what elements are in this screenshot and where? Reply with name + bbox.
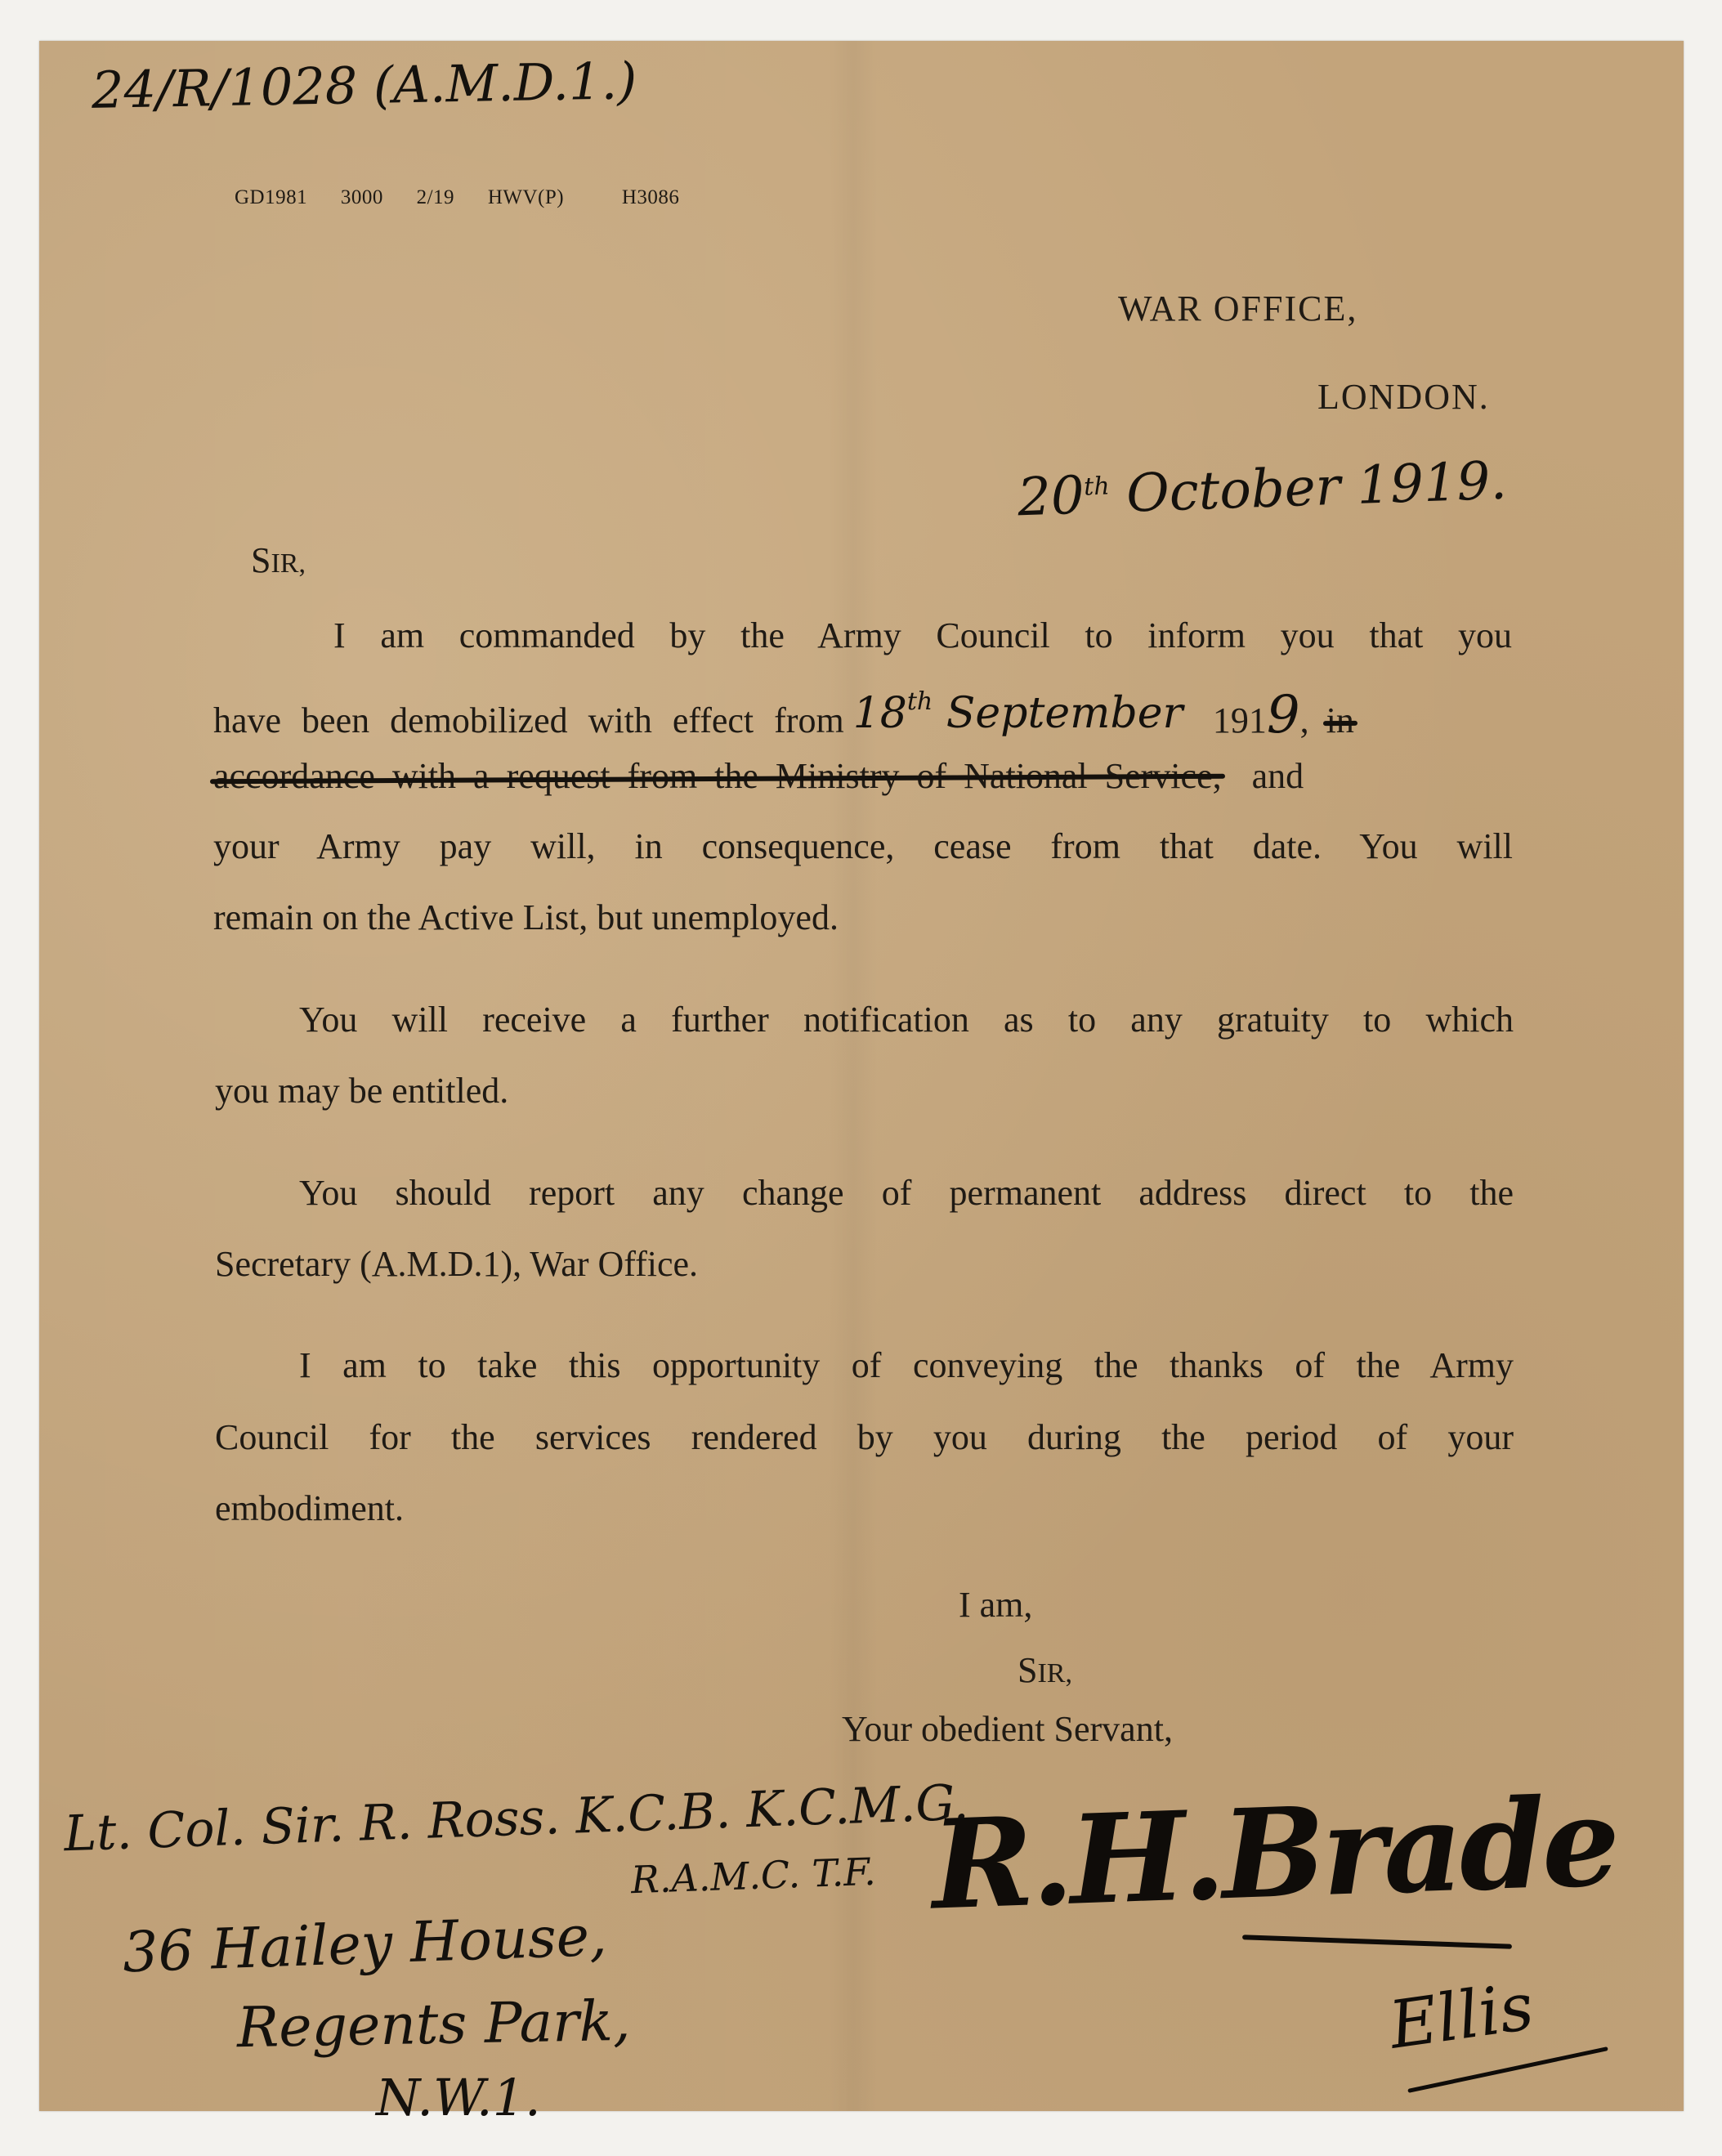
- ref-code: HWV(P): [488, 186, 564, 208]
- paragraph-1-line-5: remain on the Active List, but unemploye…: [213, 897, 1513, 938]
- letterhead-war-office: WAR OFFICE,: [1118, 288, 1357, 329]
- paragraph-1-line-1: I am commanded by the Army Council to in…: [333, 615, 1512, 656]
- demobilized-text: have been demobilized with effect from: [213, 700, 844, 740]
- paragraph-3-line-1: You should report any change of permanen…: [299, 1172, 1514, 1214]
- salutation-rest: IR,: [271, 548, 306, 579]
- struck-ministry-clause: accordance with a request from the Minis…: [213, 756, 1222, 796]
- paragraph-4-line-1: I am to take this opportunity of conveyi…: [299, 1344, 1514, 1386]
- letterhead-london: LONDON.: [1317, 376, 1490, 418]
- paragraph-4-line-2: Council for the services rendered by you…: [215, 1416, 1514, 1458]
- date-day-suffix: th: [1084, 472, 1111, 502]
- paragraph-4-line-3: embodiment.: [215, 1487, 1514, 1529]
- closing-sir-initial: S: [1018, 1650, 1037, 1690]
- struck-text: in: [1326, 700, 1354, 740]
- paragraph-2-line-1: You will receive a further notification …: [299, 999, 1514, 1040]
- demob-year-printed: 191: [1213, 700, 1267, 740]
- paragraph-1-line-2: have been demobilized with effect from 1…: [213, 685, 1513, 745]
- ref-code: 2/19: [417, 186, 454, 208]
- handwritten-file-reference: 24/R/1028 (A.M.D.1.): [91, 51, 637, 120]
- paragraph-3-line-2: Secretary (A.M.D.1), War Office.: [215, 1243, 1514, 1285]
- addressee-unit: R.A.M.C. T.F.: [630, 1850, 876, 1902]
- printed-form-reference: GD1981 3000 2/19 HWV(P) H3086: [235, 186, 707, 209]
- signature-main: R.H.Brade: [929, 1769, 1619, 1937]
- comma: ,: [1300, 700, 1309, 740]
- paragraph-1-line-4: your Army pay will, in consequence, ceas…: [213, 825, 1513, 867]
- demob-month: September: [946, 689, 1183, 738]
- addressee-district: Regents Park,: [236, 1989, 631, 2060]
- demob-day: 18: [853, 689, 907, 738]
- date-day: 20: [1017, 466, 1085, 529]
- closing-sir: SIR,: [1018, 1649, 1072, 1691]
- demob-day-suffix: th: [907, 687, 933, 716]
- closing-sir-rest: IR,: [1037, 1658, 1072, 1689]
- closing-obedient-servant: Your obedient Servant,: [842, 1708, 1173, 1750]
- addressee-postcode: N.W.1.: [376, 2068, 541, 2127]
- salutation: SIR,: [251, 539, 306, 581]
- paragraph-1-line-3: accordance with a request from the Minis…: [213, 755, 1304, 797]
- ref-code: GD1981: [235, 186, 307, 208]
- handwritten-demob-date: 18th September: [853, 689, 1196, 738]
- line-3-and: and: [1252, 756, 1304, 796]
- paragraph-2-line-2: you may be entitled.: [215, 1070, 1514, 1112]
- ref-code: H3086: [622, 186, 680, 208]
- ref-code: 3000: [341, 186, 383, 208]
- demob-year-hand: 9: [1267, 685, 1300, 745]
- salutation-initial: S: [251, 540, 271, 580]
- closing-i-am: I am,: [959, 1584, 1032, 1626]
